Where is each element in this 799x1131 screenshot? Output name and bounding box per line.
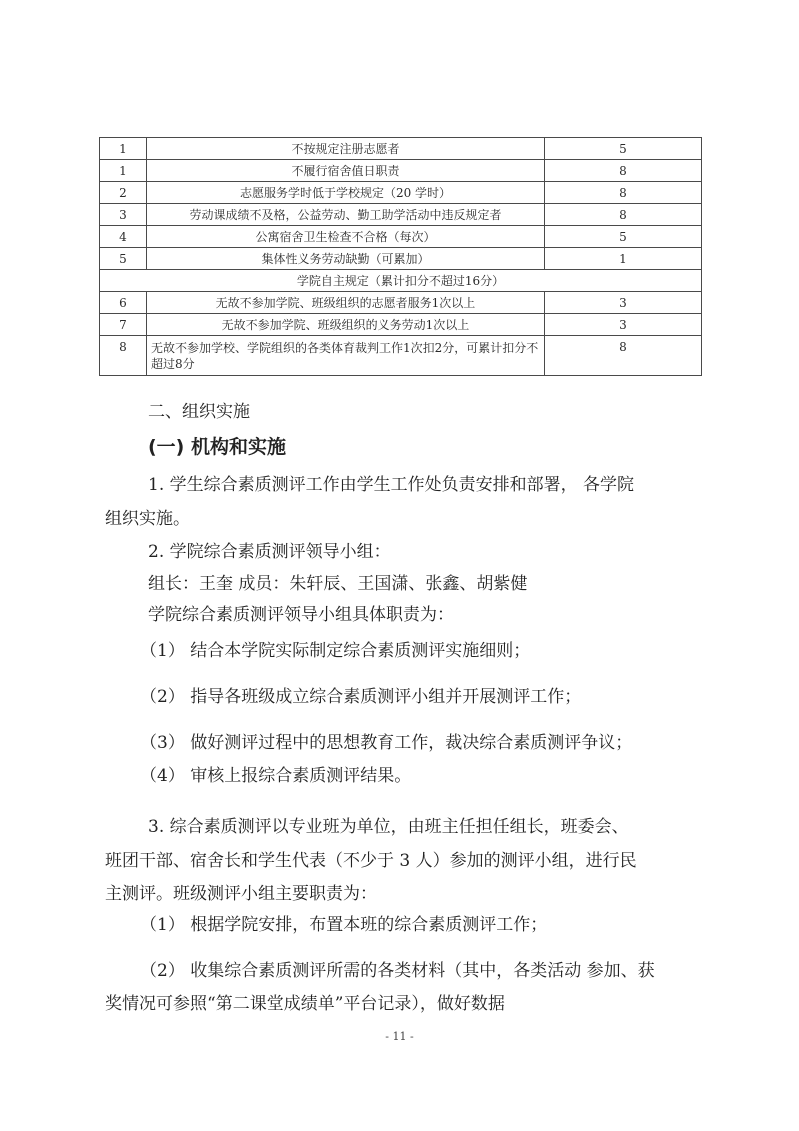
table-row: 1 不按规定注册志愿者 5 [100, 138, 702, 160]
row-score: 8 [545, 182, 702, 204]
row-score: 3 [545, 314, 702, 336]
paragraph-1-line-1: 1. 学生综合素质测评工作由学生工作处负责安排和部署， 各学院 [148, 474, 634, 496]
row-number: 1 [100, 138, 147, 160]
row-number: 6 [100, 292, 147, 314]
page-number: - 11 - [0, 1030, 799, 1043]
row-description: 劳动课成绩不及格，公益劳动、勤工助学活动中违反规定者 [147, 204, 545, 226]
class-duty-item-2-line-2: 奖情况可参照“第二课堂成绩单”平台记录），做好数据 [105, 993, 505, 1015]
class-duty-item-1: （1） 根据学院安排，布置本班的综合素质测评工作； [140, 914, 547, 936]
duty-item-4: （4） 审核上报综合素质测评结果。 [140, 765, 411, 787]
row-description: 无故不参加学校、学院组织的各类体育裁判工作1次扣2分，可累计扣分不超过8分 [147, 336, 545, 376]
row-description: 不履行宿舍值日职责 [147, 160, 545, 182]
row-number: 1 [100, 160, 147, 182]
paragraph-3-line-1: 3. 综合素质测评以专业班为单位，由班主任担任组长，班委会、 [148, 816, 629, 838]
paragraph-1-line-2: 组织实施。 [105, 508, 190, 530]
row-score: 5 [545, 138, 702, 160]
duty-item-3: （3） 做好测评过程中的思想教育工作，裁决综合素质测评争议； [140, 732, 632, 754]
row-score: 5 [545, 226, 702, 248]
table-section-row: 学院自主规定（累计扣分不超过16分） [100, 270, 702, 292]
paragraph-3-line-3: 主测评。班级测评小组主要职责为： [105, 883, 377, 905]
row-description: 志愿服务学时低于学校规定（20 学时） [147, 182, 545, 204]
row-number: 4 [100, 226, 147, 248]
deduction-table: 1 不按规定注册志愿者 5 1 不履行宿舍值日职责 8 2 志愿服务学时低于学校… [99, 137, 702, 376]
row-score: 8 [545, 160, 702, 182]
paragraph-2: 2. 学院综合素质测评领导小组： [148, 541, 391, 563]
row-score: 1 [545, 248, 702, 270]
table-row: 1 不履行宿舍值日职责 8 [100, 160, 702, 182]
class-duty-item-2-line-1: （2） 收集综合素质测评所需的各类材料（其中，各类活动 参加、获 [140, 960, 655, 982]
table-row: 7 无故不参加学院、班级组织的义务劳动1次以上 3 [100, 314, 702, 336]
row-score: 3 [545, 292, 702, 314]
section-heading: 二、组织实施 [148, 397, 250, 422]
table-row: 6 无故不参加学院、班级组织的志愿者服务1次以上 3 [100, 292, 702, 314]
leader-line: 组长：王奎 成员：朱轩辰、王国潇、张鑫、胡紫健 [148, 573, 527, 595]
row-score: 8 [545, 204, 702, 226]
row-number: 3 [100, 204, 147, 226]
table-row: 4 公寓宿舍卫生检查不合格（每次） 5 [100, 226, 702, 248]
duty-item-1: （1） 结合本学院实际制定综合素质测评实施细则； [140, 640, 530, 662]
table-row: 2 志愿服务学时低于学校规定（20 学时） 8 [100, 182, 702, 204]
row-description: 无故不参加学院、班级组织的义务劳动1次以上 [147, 314, 545, 336]
row-description: 公寓宿舍卫生检查不合格（每次） [147, 226, 545, 248]
table-row: 3 劳动课成绩不及格，公益劳动、勤工助学活动中违反规定者 8 [100, 204, 702, 226]
row-number: 8 [100, 336, 147, 376]
row-number: 5 [100, 248, 147, 270]
row-number: 2 [100, 182, 147, 204]
subsection-heading: (一) 机构和实施 [148, 432, 286, 459]
row-description: 无故不参加学院、班级组织的志愿者服务1次以上 [147, 292, 545, 314]
row-score: 8 [545, 336, 702, 376]
section-header-cell: 学院自主规定（累计扣分不超过16分） [100, 270, 702, 292]
row-number: 7 [100, 314, 147, 336]
row-description: 不按规定注册志愿者 [147, 138, 545, 160]
paragraph-3-line-2: 班团干部、宿舍长和学生代表（不少于 3 人）参加的测评小组，进行民 [105, 850, 637, 872]
table-row: 5 集体性义务劳动缺勤（可累加） 1 [100, 248, 702, 270]
row-description: 集体性义务劳动缺勤（可累加） [147, 248, 545, 270]
table-row: 8 无故不参加学校、学院组织的各类体育裁判工作1次扣2分，可累计扣分不超过8分 … [100, 336, 702, 376]
duty-item-2: （2） 指导各班级成立综合素质测评小组并开展测评工作； [140, 686, 581, 708]
duties-intro: 学院综合素质测评领导小组具体职责为： [148, 604, 454, 626]
document-page: 1 不按规定注册志愿者 5 1 不履行宿舍值日职责 8 2 志愿服务学时低于学校… [0, 0, 799, 1131]
